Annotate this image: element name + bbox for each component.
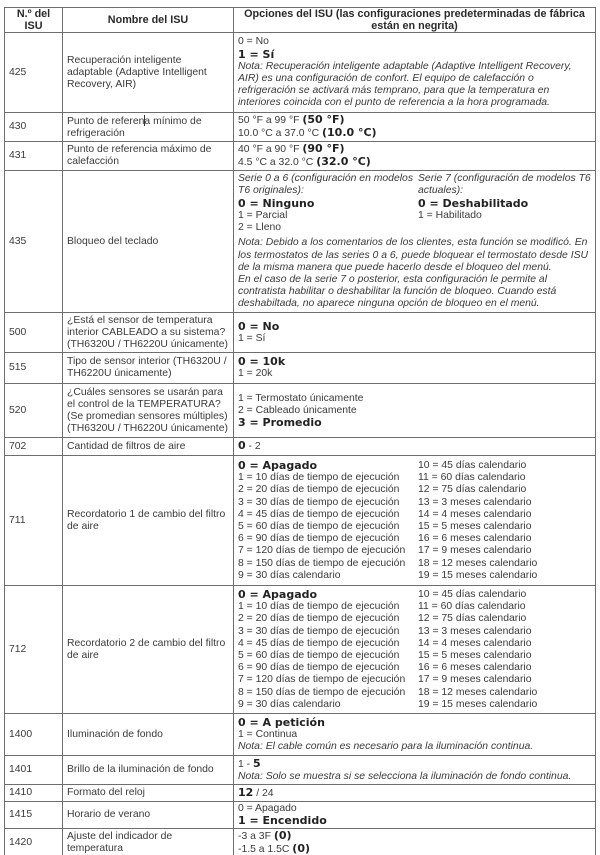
table-row: 431 Punto de referencia máximo de calefa…: [5, 142, 596, 171]
isu-number: 425: [5, 33, 63, 113]
isu-options: 0 = 10k 1 = 20k: [234, 353, 596, 384]
option: 2 = 20 días de tiempo de ejecución: [238, 613, 418, 625]
isu-number: 431: [5, 142, 63, 171]
isu-number: 1420: [5, 829, 63, 855]
table-row: 430 Punto de referena mínimo de refriger…: [5, 113, 596, 142]
default-value: (10.0 °C): [322, 126, 377, 139]
option: 12 = 75 días calendario: [418, 484, 591, 496]
default-value: (50 °F): [302, 113, 344, 126]
default-value: 12: [238, 786, 253, 799]
isu-options: 0 = Apagado 1 = 10 días de tiempo de eje…: [234, 456, 596, 586]
isu-name: Ajuste del indicador de temperatura: [63, 829, 234, 855]
isu-number: 1410: [5, 785, 63, 802]
note: Nota: Recuperación inteligente adaptable…: [238, 61, 591, 110]
isu-number: 430: [5, 113, 63, 142]
isu-options: 50 °F a 99 °F (50 °F) 10.0 °C a 37.0 °C …: [234, 113, 596, 142]
option: 8 = 150 días de tiempo de ejecución: [238, 558, 418, 570]
isu-options: 0 = Apagado 1 = Encendido: [234, 802, 596, 829]
option: 16 = 6 meses calendario: [418, 662, 591, 674]
isu-name: ¿Cuáles sensores se usarán para el contr…: [63, 384, 234, 438]
default-option: 0 = Ninguno: [238, 198, 418, 210]
range: 10.0 °C a 37.0 °C: [238, 128, 322, 139]
table-row: 435 Bloqueo del teclado Serie 0 a 6 (con…: [5, 171, 596, 313]
option-column-left: 0 = Apagado 1 = 10 días de tiempo de eje…: [238, 589, 418, 711]
option-range-c: -1.5 a 1.5C (0): [238, 843, 591, 855]
option: 10 = 45 días calendario: [418, 460, 591, 472]
table-row: 712 Recordatorio 2 de cambio del filtro …: [5, 586, 596, 714]
isu-options: 12 / 24: [234, 785, 596, 802]
isu-options: 0 - 2: [234, 438, 596, 456]
option: 1 = Sí: [238, 333, 591, 345]
option-columns: 0 = Apagado 1 = 10 días de tiempo de eje…: [238, 589, 591, 711]
header-row: N.º del ISU Nombre del ISU Opciones del …: [5, 8, 596, 33]
isu-name: Tipo de sensor interior (TH6320U / TH622…: [63, 353, 234, 384]
series-columns: Serie 0 a 6 (configuración en modelos T6…: [238, 173, 591, 234]
option: 4 = 45 días de tiempo de ejecución: [238, 638, 418, 650]
isu-name: Recuperación inteligente adaptable (Adap…: [63, 33, 234, 113]
option: 1 = 20k: [238, 368, 591, 380]
isu-number: 435: [5, 171, 63, 313]
option: 19 = 15 meses calendario: [418, 699, 591, 711]
table-row: 1415 Horario de verano 0 = Apagado 1 = E…: [5, 802, 596, 829]
isu-number: 702: [5, 438, 63, 456]
option: 13 = 3 meses calendario: [418, 626, 591, 638]
range: 50 °F a 99 °F: [238, 115, 302, 126]
option-columns: 0 = Apagado 1 = 10 días de tiempo de eje…: [238, 460, 591, 582]
isu-number: 500: [5, 313, 63, 353]
series-0-6: Serie 0 a 6 (configuración en modelos T6…: [238, 173, 418, 234]
table-row: 711 Recordatorio 1 de cambio del filtro …: [5, 456, 596, 586]
default-option: 0 = No: [238, 321, 591, 333]
option: 11 = 60 días calendario: [418, 601, 591, 613]
option: 8 = 150 días de tiempo de ejecución: [238, 687, 418, 699]
option: 9 = 30 días calendario: [238, 570, 418, 582]
isu-options: 1 = Termostato únicamente 2 = Cableado ú…: [234, 384, 596, 438]
default-option: 0 = A petición: [238, 717, 591, 729]
option-column-right: 10 = 45 días calendario 11 = 60 días cal…: [418, 589, 591, 711]
option: 15 = 5 meses calendario: [418, 521, 591, 533]
option-range-f: 50 °F a 99 °F (50 °F): [238, 114, 591, 127]
note: En el caso de la serie 7 o posterior, es…: [238, 274, 591, 311]
isu-name: Cantidad de filtros de aire: [63, 438, 234, 456]
isu-name: Brillo de la iluminación de fondo: [63, 756, 234, 785]
option: 5 = 60 días de tiempo de ejecución: [238, 521, 418, 533]
range: -1.5 a 1.5C: [238, 844, 292, 855]
range: 40 °F a 90 °F: [238, 144, 302, 155]
series-title: Serie 0 a 6 (configuración en modelos T6…: [238, 173, 418, 197]
option: 1 = 10 días de tiempo de ejecución: [238, 472, 418, 484]
option: 12 = 75 días calendario: [418, 613, 591, 625]
isu-options: 0 = A petición 1 = Continua Nota: El cab…: [234, 714, 596, 756]
option: 6 = 90 días de tiempo de ejecución: [238, 662, 418, 674]
table-row: 520 ¿Cuáles sensores se usarán para el c…: [5, 384, 596, 438]
option-range-f: 40 °F a 90 °F (90 °F): [238, 143, 591, 156]
isu-number: 1415: [5, 802, 63, 829]
header-isu-options: Opciones del ISU (las configuraciones pr…: [234, 8, 596, 33]
option: 11 = 60 días calendario: [418, 472, 591, 484]
isu-name: Formato del reloj: [63, 785, 234, 802]
option: 17 = 9 meses calendario: [418, 545, 591, 557]
table-row: 1410 Formato del reloj 12 / 24: [5, 785, 596, 802]
default-value: (90 °F): [302, 142, 344, 155]
isu-options: Serie 0 a 6 (configuración en modelos T6…: [234, 171, 596, 313]
option: 7 = 120 días de tiempo de ejecución: [238, 674, 418, 686]
option: 7 = 120 días de tiempo de ejecución: [238, 545, 418, 557]
isu-name-part: Punto de referen: [67, 116, 144, 127]
isu-number: 712: [5, 586, 63, 714]
option: 14 = 4 meses calendario: [418, 509, 591, 521]
isu-options: -3 a 3F (0) -1.5 a 1.5C (0): [234, 829, 596, 855]
option: 1 = 10 días de tiempo de ejecución: [238, 601, 418, 613]
option: 4 = 45 días de tiempo de ejecución: [238, 509, 418, 521]
table-row: 500 ¿Está el sensor de temperatura inter…: [5, 313, 596, 353]
option: 15 = 5 meses calendario: [418, 650, 591, 662]
option: 0 = No: [238, 36, 591, 48]
option-range-c: 4.5 °C a 32.0 °C (32.0 °C): [238, 156, 591, 169]
header-isu-name: Nombre del ISU: [63, 8, 234, 33]
isu-name: Punto de referena mínimo de refrigeració…: [63, 113, 234, 142]
default-option: 3 = Promedio: [238, 417, 591, 429]
isu-settings-table: N.º del ISU Nombre del ISU Opciones del …: [4, 7, 596, 855]
table-row: 1401 Brillo de la iluminación de fondo 1…: [5, 756, 596, 785]
table-row: 1400 Iluminación de fondo 0 = A petición…: [5, 714, 596, 756]
range: -3 a 3F: [238, 831, 274, 842]
range: 4.5 °C a 32.0 °C: [238, 157, 316, 168]
option: 19 = 15 meses calendario: [418, 570, 591, 582]
table-row: 425 Recuperación inteligente adaptable (…: [5, 33, 596, 113]
isu-options: 0 = No 1 = Sí: [234, 313, 596, 353]
default-value: (0): [292, 842, 310, 855]
default-option: 0 = 10k: [238, 356, 591, 368]
isu-name: Horario de verano: [63, 802, 234, 829]
isu-name: Punto de referencia máximo de calefacció…: [63, 142, 234, 171]
option: 2 = Lleno: [238, 222, 418, 234]
option: 13 = 3 meses calendario: [418, 497, 591, 509]
isu-number: 711: [5, 456, 63, 586]
option: 1 = Continua: [238, 729, 591, 741]
option: 1 = Parcial: [238, 210, 418, 222]
note: Nota: Debido a los comentarios de los cl…: [238, 237, 591, 274]
option-range-c: 10.0 °C a 37.0 °C (10.0 °C): [238, 127, 591, 140]
isu-options: 1 - 5 Nota: Solo se muestra si se selecc…: [234, 756, 596, 785]
range: 1 -: [238, 759, 253, 770]
table-row: 1420 Ajuste del indicador de temperatura…: [5, 829, 596, 855]
note: Nota: Solo se muestra si se selecciona l…: [238, 771, 591, 783]
isu-name: Recordatorio 1 de cambio del filtro de a…: [63, 456, 234, 586]
option: 2 = 20 días de tiempo de ejecución: [238, 484, 418, 496]
table-row: 702 Cantidad de filtros de aire 0 - 2: [5, 438, 596, 456]
option-column-left: 0 = Apagado 1 = 10 días de tiempo de eje…: [238, 460, 418, 582]
isu-number: 1401: [5, 756, 63, 785]
series-7: Serie 7 (configuración de modelos T6 act…: [418, 173, 591, 234]
option-range-f: -3 a 3F (0): [238, 830, 591, 843]
range: / 24: [253, 788, 273, 799]
range: - 2: [246, 441, 261, 452]
header-isu-number: N.º del ISU: [5, 8, 63, 33]
isu-number: 1400: [5, 714, 63, 756]
isu-name: ¿Está el sensor de temperatura interior …: [63, 313, 234, 353]
option: 1 = Termostato únicamente: [238, 393, 591, 405]
option: 14 = 4 meses calendario: [418, 638, 591, 650]
option: 1 = Habilitado: [418, 210, 591, 222]
default-value: (32.0 °C): [316, 155, 371, 168]
isu-options: 0 = No 1 = Sí Nota: Recuperación intelig…: [234, 33, 596, 113]
default-value: 0: [238, 439, 246, 452]
option: 6 = 90 días de tiempo de ejecución: [238, 533, 418, 545]
option: 3 = 30 días de tiempo de ejecución: [238, 626, 418, 638]
option: 16 = 6 meses calendario: [418, 533, 591, 545]
option-column-right: 10 = 45 días calendario 11 = 60 días cal…: [418, 460, 591, 582]
default-value: 5: [253, 757, 261, 770]
option: 17 = 9 meses calendario: [418, 674, 591, 686]
isu-name: Bloqueo del teclado: [63, 171, 234, 313]
isu-name: Iluminación de fondo: [63, 714, 234, 756]
table-row: 515 Tipo de sensor interior (TH6320U / T…: [5, 353, 596, 384]
default-option: 0 = Deshabilitado: [418, 198, 591, 210]
option: 18 = 12 meses calendario: [418, 687, 591, 699]
default-option: 1 = Encendido: [238, 815, 591, 827]
series-title: Serie 7 (configuración de modelos T6 act…: [418, 173, 591, 197]
default-value: (0): [274, 829, 292, 842]
note: Nota: El cable común es necesario para l…: [238, 741, 591, 753]
isu-name: Recordatorio 2 de cambio del filtro de a…: [63, 586, 234, 714]
default-option: 0 = Apagado: [238, 589, 418, 601]
isu-options: 40 °F a 90 °F (90 °F) 4.5 °C a 32.0 °C (…: [234, 142, 596, 171]
isu-number: 520: [5, 384, 63, 438]
option: 5 = 60 días de tiempo de ejecución: [238, 650, 418, 662]
default-option: 1 = Sí: [238, 49, 591, 61]
option: 18 = 12 meses calendario: [418, 558, 591, 570]
option-range: 1 - 5: [238, 758, 591, 771]
option: 10 = 45 días calendario: [418, 589, 591, 601]
isu-options: 0 = Apagado 1 = 10 días de tiempo de eje…: [234, 586, 596, 714]
isu-number: 515: [5, 353, 63, 384]
option: 3 = 30 días de tiempo de ejecución: [238, 497, 418, 509]
default-option: 0 = Apagado: [238, 460, 418, 472]
option: 9 = 30 días calendario: [238, 699, 418, 711]
